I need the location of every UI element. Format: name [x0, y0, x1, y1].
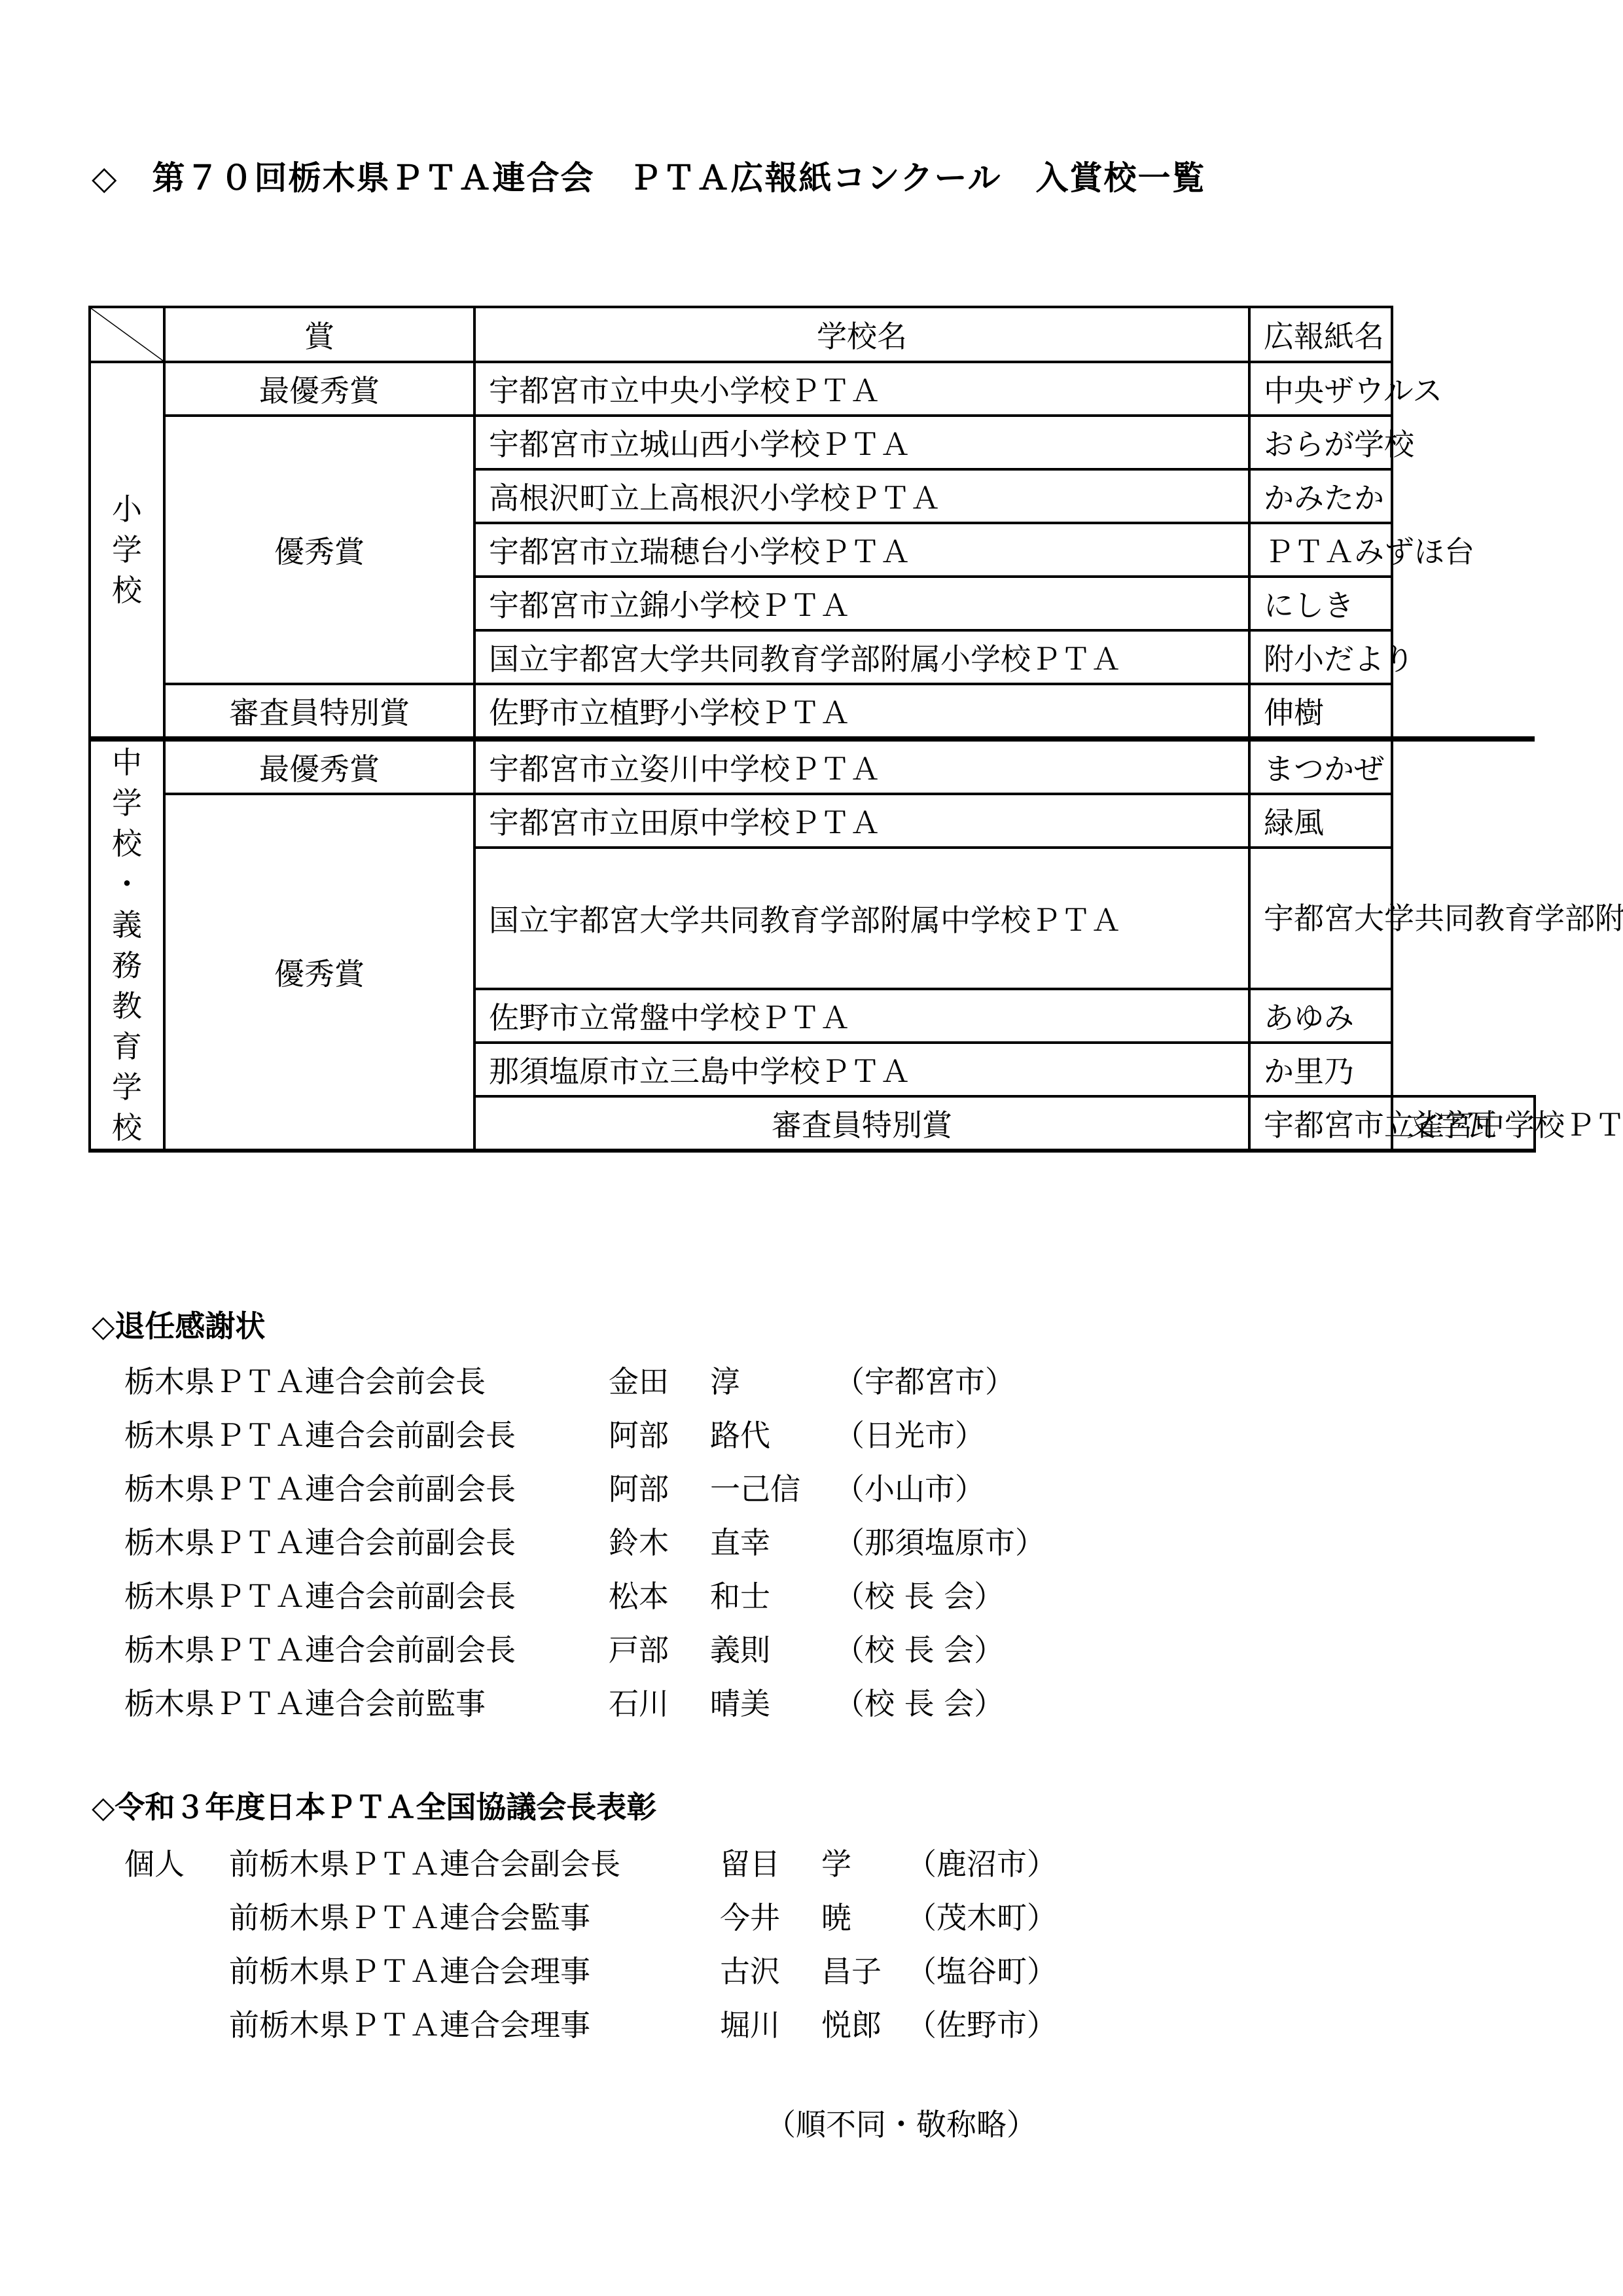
national-award-row: 個人 前栃木県ＰＴＡ連合会副会長 留目 学 （鹿沼市）	[124, 1840, 1057, 1884]
surname: 堀川	[720, 2001, 821, 2045]
surname: 石川	[609, 1680, 710, 1723]
retirement-row: 栃木県ＰＴＡ連合会前副会長 松本 和士 （校 長 会）	[124, 1573, 1004, 1616]
surname: 松本	[609, 1573, 710, 1616]
award-cell: 最優秀賞	[164, 362, 474, 416]
table-header-row: 賞 学校名 広報紙名	[90, 307, 1535, 362]
position-title: 前栃木県ＰＴＡ連合会理事	[229, 2001, 720, 2045]
school-cell: 国立宇都宮大学共同教育学部附属中学校ＰＴＡ	[474, 848, 1249, 989]
given-name: 昌子	[821, 1948, 906, 1991]
retirement-row: 栃木県ＰＴＡ連合会前監事 石川 晴美 （校 長 会）	[124, 1680, 1004, 1723]
school-cell: 宇都宮市立中央小学校ＰＴＡ	[474, 362, 1249, 416]
school-cell: 宇都宮市立田原中学校ＰＴＡ	[474, 794, 1249, 848]
position-title: 栃木県ＰＴＡ連合会前監事	[124, 1680, 609, 1723]
position-title: 前栃木県ＰＴＡ連合会理事	[229, 1948, 720, 1991]
position-title: 栃木県ＰＴＡ連合会前副会長	[124, 1412, 609, 1455]
region: （校 長 会）	[834, 1573, 1004, 1616]
region: （那須塩原市）	[834, 1519, 1045, 1562]
retirement-row: 栃木県ＰＴＡ連合会前副会長 阿部 一己信 （小山市）	[124, 1465, 985, 1509]
school-cell: 高根沢町立上高根沢小学校ＰＴＡ	[474, 469, 1249, 523]
given-name: 淳	[710, 1358, 834, 1401]
individual-label: 個人	[124, 1840, 229, 1884]
surname: 阿部	[609, 1412, 710, 1455]
region: （宇都宮市）	[834, 1358, 1015, 1401]
header-paper: 広報紙名	[1249, 307, 1392, 362]
school-cell: 那須塩原市立三島中学校ＰＴＡ	[474, 1043, 1249, 1096]
retirement-heading: ◇退任感謝状	[92, 1302, 265, 1346]
category-junior-high: 中学校・義務教育学校	[90, 739, 164, 1151]
school-cell: 宇都宮市立城山西小学校ＰＴＡ	[474, 416, 1249, 469]
footnote: （順不同・敬称略）	[766, 2101, 1037, 2144]
surname: 戸部	[609, 1626, 710, 1670]
region: （塩谷町）	[906, 1948, 1057, 1991]
region: （茂木町）	[906, 1894, 1057, 1937]
table-row: 優秀賞 宇都宮市立城山西小学校ＰＴＡ おらが学校	[90, 416, 1535, 469]
position-title: 栃木県ＰＴＡ連合会前副会長	[124, 1626, 609, 1670]
position-title: 栃木県ＰＴＡ連合会前副会長	[124, 1573, 609, 1616]
award-cell: 優秀賞	[164, 794, 474, 1151]
national-award-heading: ◇令和３年度日本ＰＴＡ全国協議会長表彰	[92, 1784, 656, 1827]
school-cell: 宇都宮市立姿川中学校ＰＴＡ	[474, 739, 1249, 794]
retirement-row: 栃木県ＰＴＡ連合会前副会長 阿部 路代 （日光市）	[124, 1412, 985, 1455]
retirement-row: 栃木県ＰＴＡ連合会前副会長 戸部 義則 （校 長 会）	[124, 1626, 1004, 1670]
given-name: 学	[821, 1840, 906, 1884]
award-cell: 優秀賞	[164, 416, 474, 684]
given-name: 暁	[821, 1894, 906, 1937]
paper-cell: まつかぜ	[1249, 739, 1392, 794]
position-title: 栃木県ＰＴＡ連合会前会長	[124, 1358, 609, 1401]
surname: 今井	[720, 1894, 821, 1937]
school-cell: 国立宇都宮大学共同教育学部附属小学校ＰＴＡ	[474, 630, 1249, 684]
paper-cell: にしき	[1249, 577, 1392, 630]
region: （校 長 会）	[834, 1680, 1004, 1723]
school-cell: 宇都宮市立瑞穂台小学校ＰＴＡ	[474, 523, 1249, 577]
surname: 留目	[720, 1840, 821, 1884]
paper-cell: 附小だより	[1249, 630, 1392, 684]
surname: 鈴木	[609, 1519, 710, 1562]
given-name: 直幸	[710, 1519, 834, 1562]
given-name: 一己信	[710, 1465, 834, 1509]
table-row: 小学校 最優秀賞 宇都宮市立中央小学校ＰＴＡ 中央ザウルス	[90, 362, 1535, 416]
table-row: 優秀賞 宇都宮市立田原中学校ＰＴＡ 緑風	[90, 794, 1535, 848]
paper-cell: かみたか	[1249, 469, 1392, 523]
table-row: 中学校・義務教育学校 最優秀賞 宇都宮市立姿川中学校ＰＴＡ まつかぜ	[90, 739, 1535, 794]
paper-cell: 伸樹	[1249, 684, 1392, 739]
given-name: 悦郎	[821, 2001, 906, 2045]
table-row: 審査員特別賞 佐野市立植野小学校ＰＴＡ 伸樹	[90, 684, 1535, 739]
given-name: 路代	[710, 1412, 834, 1455]
region: （日光市）	[834, 1412, 985, 1455]
award-cell: 審査員特別賞	[474, 1096, 1249, 1151]
school-cell: 佐野市立常盤中学校ＰＴＡ	[474, 989, 1249, 1043]
paper-cell: か里乃	[1249, 1043, 1392, 1096]
region: （小山市）	[834, 1465, 985, 1509]
category-label: 小学校	[112, 489, 142, 611]
surname: 古沢	[720, 1948, 821, 1991]
surname: 阿部	[609, 1465, 710, 1509]
retirement-row: 栃木県ＰＴＡ連合会前副会長 鈴木 直幸 （那須塩原市）	[124, 1519, 1045, 1562]
position-title: 栃木県ＰＴＡ連合会前副会長	[124, 1519, 609, 1562]
region: （校 長 会）	[834, 1626, 1004, 1670]
paper-cell: 中央ザウルス	[1249, 362, 1392, 416]
header-school: 学校名	[474, 307, 1249, 362]
paper-cell: あゆみ	[1249, 989, 1392, 1043]
school-cell: 宇都宮市立雀宮中学校ＰＴＡ	[1249, 1096, 1392, 1151]
surname: 金田	[609, 1358, 710, 1401]
awards-table: 賞 学校名 広報紙名 小学校 最優秀賞 宇都宮市立中央小学校ＰＴＡ 中央ザウルス…	[88, 306, 1536, 1153]
national-award-row: 前栃木県ＰＴＡ連合会理事 堀川 悦郎 （佐野市）	[229, 2001, 1057, 2045]
given-name: 義則	[710, 1626, 834, 1670]
diagonal-corner-cell	[90, 307, 164, 362]
diagonal-line-icon	[91, 308, 163, 361]
region: （佐野市）	[906, 2001, 1057, 2045]
school-cell: 宇都宮市立錦小学校ＰＴＡ	[474, 577, 1249, 630]
award-cell: 最優秀賞	[164, 739, 474, 794]
national-award-row: 前栃木県ＰＴＡ連合会監事 今井 暁 （茂木町）	[229, 1894, 1057, 1937]
paper-cell: 緑風	[1249, 794, 1392, 848]
school-cell: 佐野市立植野小学校ＰＴＡ	[474, 684, 1249, 739]
given-name: 晴美	[710, 1680, 834, 1723]
paper-cell: 宇都宮大学共同教育学部附属中学校ＰＴＡ新聞	[1249, 848, 1392, 989]
position-title: 前栃木県ＰＴＡ連合会監事	[229, 1894, 720, 1937]
position-title: 栃木県ＰＴＡ連合会前副会長	[124, 1465, 609, 1509]
region: （鹿沼市）	[906, 1840, 1057, 1884]
given-name: 和士	[710, 1573, 834, 1616]
header-award: 賞	[164, 307, 474, 362]
paper-cell: おらが学校	[1249, 416, 1392, 469]
category-elementary: 小学校	[90, 362, 164, 739]
position-title: 前栃木県ＰＴＡ連合会副会長	[229, 1840, 720, 1884]
paper-cell: ＰＴＡみずほ台	[1249, 523, 1392, 577]
page-title: ◇ 第７０回栃木県ＰＴＡ連合会 ＰＴＡ広報紙コンクール 入賞校一覧	[92, 152, 1205, 199]
retirement-row: 栃木県ＰＴＡ連合会前会長 金田 淳 （宇都宮市）	[124, 1358, 1015, 1401]
award-cell: 審査員特別賞	[164, 684, 474, 739]
category-label: 中学校・義務教育学校	[112, 742, 142, 1148]
national-award-row: 前栃木県ＰＴＡ連合会理事 古沢 昌子 （塩谷町）	[229, 1948, 1057, 1991]
